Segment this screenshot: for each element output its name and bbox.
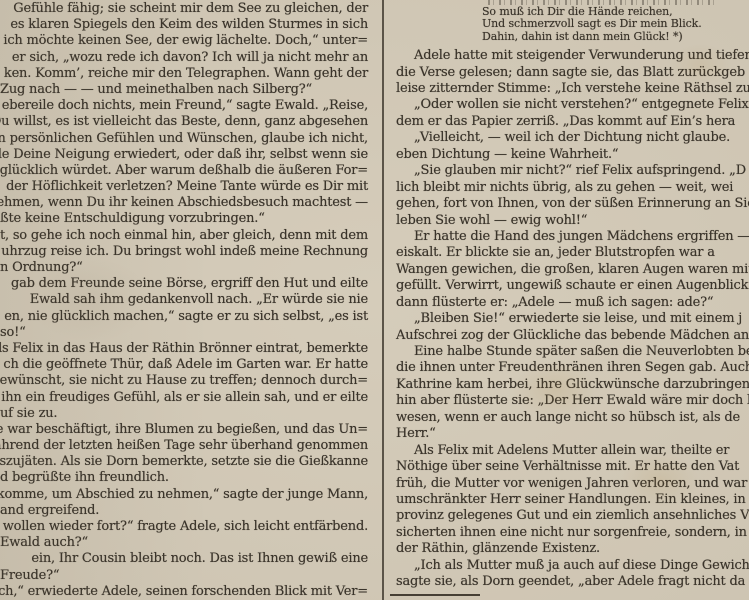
text-line-row: lich bleibt mir nichts übrig, als zu geh… [396, 180, 749, 196]
text-line-row: Eine halbe Stunde später saßen die Neuve… [396, 344, 749, 360]
text-line: Adele hatte mit steigender Verwunderung … [414, 48, 749, 63]
text-line: Ewald auch?“ [0, 535, 88, 550]
text-line-row: er sich, „wozu rede ich davon? Ich will … [0, 50, 368, 66]
text-line: Herr.“ [396, 426, 436, 441]
text-line-row: übel nehmen, wenn Du ihr keinen Abschied… [0, 195, 368, 211]
text-line-row: so!“ [0, 325, 368, 341]
text-line: n Ordnung?“ [0, 260, 83, 275]
scanned-book-page: Gefühle fähig; sie scheint mir dem See z… [0, 0, 749, 600]
text-line-row: ebereile doch nichts, mein Freund,“ sagt… [0, 98, 368, 114]
text-line: ls Felix in das Haus der Räthin Brönner … [0, 341, 368, 356]
poem-verse-block: So muß ich Dir die Hände reichen,Und sch… [482, 0, 749, 42]
text-line: So muß ich Dir die Hände reichen, [482, 5, 673, 18]
text-line: eiskalt. Er blickte sie an, jeder Blutst… [396, 245, 715, 260]
text-line: provinz gelegenes Gut und ein ziemlich a… [396, 508, 749, 523]
text-line: ßte keine Entschuldigung vorzubringen.“ [0, 211, 265, 226]
text-line: früh, die Mutter vor wenigen Jahren verl… [396, 476, 747, 491]
text-line: wesen, wenn er auch lange nicht so hübsc… [396, 410, 740, 425]
text-line-row: die Verse gelesen; dann sagte sie, das B… [396, 65, 749, 81]
text-line-row: dele Deine Neigung erwiedert, oder daß i… [0, 147, 368, 163]
text-line: umschränkter Herr seiner Handlungen. Ein… [396, 492, 749, 507]
text-line-row: ie wollen wieder fort?“ fragte Adele, si… [0, 519, 368, 535]
text-line-row: gehen, fort von Ihnen, von der süßen Eri… [396, 196, 749, 212]
text-line: och gewünscht, sie nicht zu Hause zu tre… [0, 373, 368, 388]
text-line: er sich, „wozu rede ich davon? Ich will … [12, 50, 368, 65]
text-line: „Vielleicht, — weil ich der Dichtung nic… [414, 130, 730, 145]
text-line-row: leben Sie wohl — ewig wohl!“ [396, 213, 749, 229]
text-line-row: reilich,“ erwiederte Adele, seinen forsc… [0, 584, 368, 600]
text-line-row: ut, so gehe ich noch einmal hin, aber gl… [0, 228, 368, 244]
text-line-row: hin aber flüsterte sie: „Der Herr Ewald … [396, 393, 749, 409]
text-line-row: O, ich möchte keinen See, der ewig läche… [0, 33, 368, 49]
text-line-row: dem er das Papier zerriß. „Das kommt auf… [396, 114, 749, 130]
text-line: Kathrine kam herbei, ihre Glückwünsche d… [396, 377, 749, 392]
text-line: die Verse gelesen; dann sagte sie, das B… [396, 65, 745, 80]
text-line: Dahin, dahin ist dann mein Glück! *) [482, 30, 683, 43]
text-line-row: Als Felix mit Adelens Mutter allein war,… [396, 443, 749, 459]
text-line-row: Ewald auch?“ [0, 535, 368, 551]
text-line-row: das während der letzten heißen Tage sehr… [0, 438, 368, 454]
text-line-row: der Räthin, glänzende Existenz. [396, 541, 749, 557]
text-line-row: So muß ich Dir die Hände reichen, [482, 5, 749, 17]
text-line: hin aber flüsterte sie: „Der Herr Ewald … [396, 393, 749, 408]
text-line-row: uf sie zu. [0, 406, 368, 422]
text-line-row: „Vielleicht, — weil ich der Dichtung nic… [396, 130, 749, 146]
text-line: der Höflichkeit verletzen? Meine Tante w… [6, 179, 368, 194]
text-line-row: Und schmerzvoll sagt es Dir mein Blick. [482, 17, 749, 29]
text-line: en, nie glücklich machen,“ sagte er zu s… [4, 309, 368, 324]
text-line-row: der Höflichkeit verletzen? Meine Tante w… [0, 179, 368, 195]
text-line-row: ßte keine Entschuldigung vorzubringen.“ [0, 211, 368, 227]
text-line-row: Gefühle fähig; sie scheint mir dem See z… [0, 1, 368, 17]
text-line: sagte sie, als Dorn geendet, „aber Adele… [396, 574, 745, 589]
text-line-row: Er hatte die Hand des jungen Mädchens er… [396, 229, 749, 245]
text-line-row: es klaren Spiegels den Keim des wilden S… [0, 17, 368, 33]
text-line: dem er das Papier zerriß. „Das kommt auf… [396, 114, 735, 129]
text-line: ihn ein freudiges Gefühl, als er sie all… [1, 390, 368, 405]
text-line-row: en, nie glücklich machen,“ sagte er zu s… [0, 309, 368, 325]
text-line-row: ele war beschäftigt, ihre Blumen zu begi… [0, 422, 368, 438]
text-line-row: Du willst, es ist vielleicht das Beste, … [0, 114, 368, 130]
text-line: „Oder wollen sie nicht verstehen?“ entge… [414, 97, 749, 112]
column-divider-rule [382, 0, 384, 600]
text-line: „Bleiben Sie!“ erwiederte sie leise, und… [414, 311, 742, 326]
text-line: das während der letzten heißen Tage sehr… [0, 438, 368, 453]
text-line-row: früh, die Mutter vor wenigen Jahren verl… [396, 476, 749, 492]
text-line: ut, so gehe ich noch einmal hin, aber gl… [0, 228, 368, 243]
text-line-row: ein, Ihr Cousin bleibt noch. Das ist Ihn… [0, 551, 368, 567]
text-line-row: ch komme, um Abschied zu nehmen,“ sagte … [0, 487, 368, 503]
text-line: Aufschrei zog der Glückliche das bebende… [396, 328, 749, 343]
right-column-body: Adele hatte mit steigender Verwunderung … [396, 48, 749, 590]
text-line: ch komme, um Abschied zu nehmen,“ sagte … [0, 487, 368, 502]
text-line-row: dann flüsterte er: „Adele — muß ich sage… [396, 295, 749, 311]
text-line: Zug nach — — und meinethalben nach Silbe… [0, 82, 312, 97]
text-line: Nöthige über seine Verhältnisse mit. Er … [396, 459, 739, 474]
text-line: der Räthin, glänzende Existenz. [396, 541, 600, 556]
text-line-row: Dahin, dahin ist dann mein Glück! *) [482, 30, 749, 42]
text-line: Freude?“ [0, 568, 59, 583]
text-line: ie wollen wieder fort?“ fragte Adele, si… [0, 519, 368, 534]
text-line-row: „Oder wollen sie nicht verstehen?“ entge… [396, 97, 749, 113]
text-line: and ergreifend. [0, 503, 99, 518]
text-line-row: ls Felix in das Haus der Räthin Brönner … [0, 341, 368, 357]
text-line-row: Wangen gewichen, die großen, klaren Auge… [396, 262, 749, 278]
text-line: so!“ [0, 325, 26, 340]
text-line-row: Aufschrei zog der Glückliche das bebende… [396, 328, 749, 344]
text-line: Als Felix mit Adelens Mutter allein war,… [414, 443, 729, 458]
text-line: leben Sie wohl — ewig wohl!“ [396, 213, 587, 228]
text-line-row: provinz gelegenes Gut und ein ziemlich a… [396, 508, 749, 524]
text-line-row: and ergreifend. [0, 503, 368, 519]
text-line: übel nehmen, wenn Du ihr keinen Abschied… [0, 195, 368, 210]
text-line-row: Zug nach — — und meinethalben nach Silbe… [0, 82, 368, 98]
text-line: ch die geöffnete Thür, daß Adele im Gart… [3, 357, 368, 372]
text-line: lich bleibt mir nichts übrig, als zu geh… [396, 180, 733, 195]
text-line-row: „Bleiben Sie!“ erwiederte sie leise, und… [396, 311, 749, 327]
text-line-row: n Ordnung?“ [0, 260, 368, 276]
text-line: Ewald sah ihm gedankenvoll nach. „Er wür… [30, 292, 368, 307]
text-line-row: leise zitternder Stimme: „Ich verstehe k… [396, 81, 749, 97]
text-line: gehen, fort von Ihnen, von der süßen Eri… [396, 196, 749, 211]
text-line: uhrzug reise ich. Du bringst wohl indeß … [1, 244, 368, 259]
text-line: Du willst, es ist vielleicht das Beste, … [0, 114, 368, 129]
text-line-row: Freude?“ [0, 568, 368, 584]
text-line: ken. Komm’, reiche mir den Telegraphen. … [4, 66, 368, 81]
text-line: Wangen gewichen, die großen, klaren Auge… [396, 262, 749, 277]
text-line-row: „Ich als Mutter muß ja auch auf diese Di… [396, 558, 749, 574]
text-line: O, ich möchte keinen See, der ewig läche… [0, 33, 368, 48]
text-line-row: ken. Komm’, reiche mir den Telegraphen. … [0, 66, 368, 82]
text-line: Und schmerzvoll sagt es Dir mein Blick. [482, 17, 702, 30]
text-line-row: umschränkter Herr seiner Handlungen. Ein… [396, 492, 749, 508]
text-line-row: sicherten ihnen eine nicht nur sorgenfre… [396, 525, 749, 541]
text-line: es klaren Spiegels den Keim des wilden S… [10, 17, 368, 32]
text-line: ele war beschäftigt, ihre Blumen zu begi… [0, 422, 368, 437]
text-line-row: ihn ein freudiges Gefühl, als er sie all… [0, 390, 368, 406]
footnote-rule [390, 594, 480, 596]
text-line: Er hatte die Hand des jungen Mädchens er… [414, 229, 749, 244]
text-line: auszujäten. Als sie Dorn bemerkte, setzt… [0, 454, 368, 469]
text-line: d begrüßte ihn freundlich. [0, 470, 169, 485]
text-line: sicherten ihnen eine nicht nur sorgenfre… [396, 525, 749, 540]
text-line-row: einen persönlichen Gefühlen und Wünschen… [0, 131, 368, 147]
text-line: „Sie glauben mir nicht?“ rief Felix aufs… [414, 163, 746, 178]
text-line-row: die ihnen unter Freudenthränen ihren Seg… [396, 360, 749, 376]
text-line: dele Deine Neigung erwiedert, oder daß i… [0, 147, 368, 162]
text-line: die ihnen unter Freudenthränen ihren Seg… [396, 360, 749, 375]
text-line-row: gefüllt. Verwirrt, ungewiß schaute er ei… [396, 278, 749, 294]
left-text-column: Gefühle fähig; sie scheint mir dem See z… [0, 1, 368, 600]
text-line-row: Adele hatte mit steigender Verwunderung … [396, 48, 749, 64]
text-line: dann flüsterte er: „Adele — muß ich sage… [396, 295, 713, 310]
text-line: gefüllt. Verwirrt, ungewiß schaute er ei… [396, 278, 748, 293]
text-line: eben Dichtung — keine Wahrheit.“ [396, 147, 618, 162]
text-line-row: te, glücklich würdet. Aber warum deßhalb… [0, 163, 368, 179]
text-line-row: ch die geöffnete Thür, daß Adele im Gart… [0, 357, 368, 373]
text-line: leise zitternder Stimme: „Ich verstehe k… [396, 81, 749, 96]
text-line-row: uhrzug reise ich. Du bringst wohl indeß … [0, 244, 368, 260]
text-line-row: Ewald sah ihm gedankenvoll nach. „Er wür… [0, 292, 368, 308]
text-line: gab dem Freunde seine Börse, ergriff den… [11, 276, 368, 291]
text-line-row: Nöthige über seine Verhältnisse mit. Er … [396, 459, 749, 475]
text-line-row: sagte sie, als Dorn geendet, „aber Adele… [396, 574, 749, 590]
text-line: te, glücklich würdet. Aber warum deßhalb… [0, 163, 368, 178]
text-line-row: d begrüßte ihn freundlich. [0, 470, 368, 486]
text-line-row: eben Dichtung — keine Wahrheit.“ [396, 147, 749, 163]
text-line-row: „Sie glauben mir nicht?“ rief Felix aufs… [396, 163, 749, 179]
text-line-row: och gewünscht, sie nicht zu Hause zu tre… [0, 373, 368, 389]
text-line-row: eiskalt. Er blickte sie an, jeder Blutst… [396, 245, 749, 261]
poem-verse-lines: So muß ich Dir die Hände reichen,Und sch… [482, 5, 749, 42]
text-line-row: Herr.“ [396, 426, 749, 442]
text-line: ebereile doch nichts, mein Freund,“ sagt… [2, 98, 368, 113]
text-line-row: Kathrine kam herbei, ihre Glückwünsche d… [396, 377, 749, 393]
text-line: reilich,“ erwiederte Adele, seinen forsc… [0, 584, 368, 599]
text-line: Eine halbe Stunde später saßen die Neuve… [414, 344, 749, 359]
text-line: einen persönlichen Gefühlen und Wünschen… [0, 131, 368, 146]
text-line: ein, Ihr Cousin bleibt noch. Das ist Ihn… [31, 551, 368, 566]
text-line: Gefühle fähig; sie scheint mir dem See z… [13, 1, 368, 16]
text-line: uf sie zu. [0, 406, 57, 421]
text-line-row: auszujäten. Als sie Dorn bemerkte, setzt… [0, 454, 368, 470]
text-line-row: gab dem Freunde seine Börse, ergriff den… [0, 276, 368, 292]
right-text-column: So muß ich Dir die Hände reichen,Und sch… [396, 0, 749, 600]
text-line-row: wesen, wenn er auch lange nicht so hübsc… [396, 410, 749, 426]
text-line: „Ich als Mutter muß ja auch auf diese Di… [414, 558, 749, 573]
